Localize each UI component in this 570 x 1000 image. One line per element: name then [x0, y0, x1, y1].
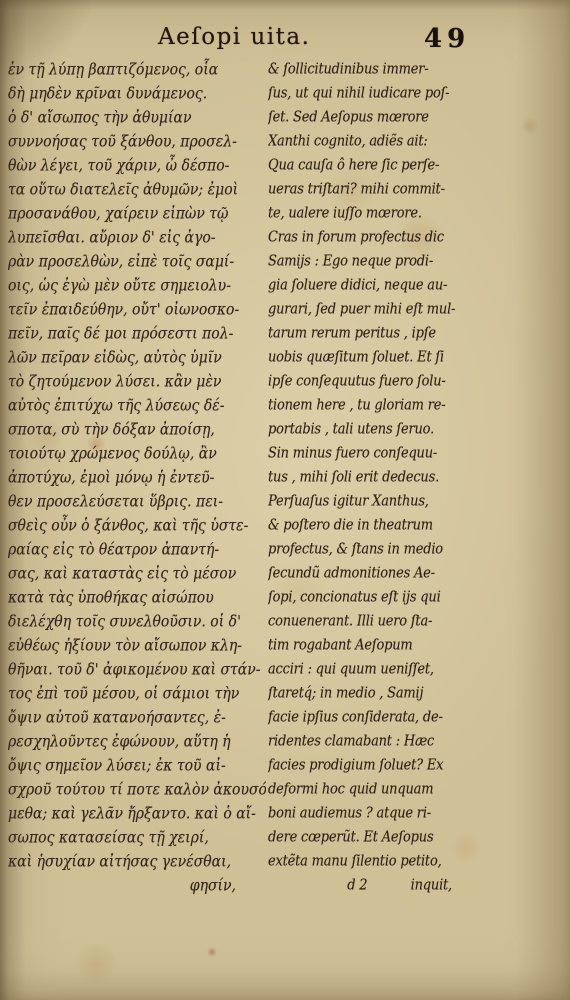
book-page: Aeſopi uita. 49 ἐν τῇ λύπῃ βαπτιζόμενος,… — [0, 0, 570, 1000]
latin-lines: & ſollicitudinibus immer-ſus, ut qui nih… — [268, 58, 464, 874]
signature-spacer — [268, 872, 304, 898]
latin-text-column: & ſollicitudinibus immer-ſus, ut qui nih… — [268, 58, 464, 898]
signature-line: d 2 inquit, — [268, 872, 464, 898]
running-title: Aeſopi uita. — [158, 24, 310, 50]
page-number: 49 — [424, 24, 470, 54]
latin-catchword: inquit, — [411, 872, 452, 898]
greek-lines: ἐν τῇ λύπῃ βαπτιζόμενος, οἷαδὴ μηδὲν κρῖ… — [8, 58, 266, 874]
signature-mark: d 2 — [347, 872, 367, 898]
greek-text-column: ἐν τῇ λύπῃ βαπτιζόμενος, οἷαδὴ μηδὲν κρῖ… — [8, 58, 266, 898]
greek-catchword: φησίν, — [8, 872, 266, 898]
